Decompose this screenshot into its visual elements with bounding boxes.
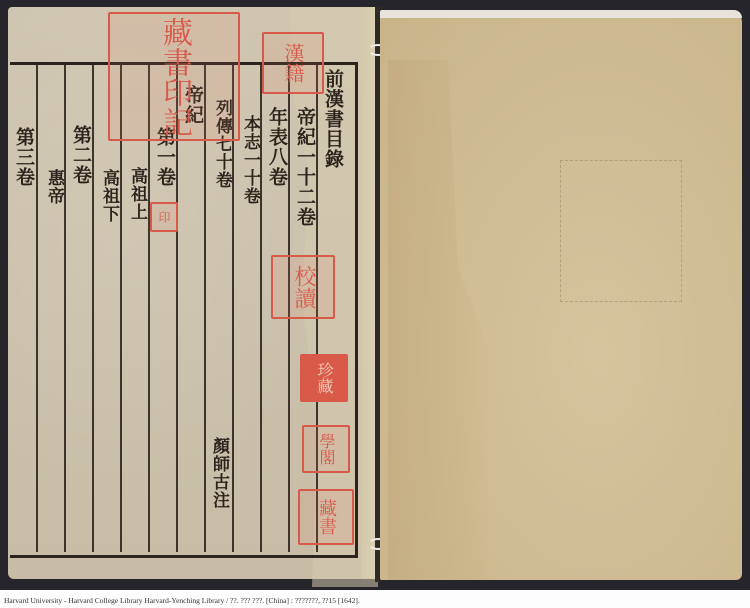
text-column: 高祖下 (98, 169, 120, 223)
column-rule (64, 65, 66, 552)
annotator-credit: 顏師古注 (208, 437, 230, 509)
right-page (380, 10, 742, 580)
title-column: 前漢書目錄 (322, 69, 344, 169)
water-stain (388, 60, 488, 580)
page-top-edge (380, 10, 742, 18)
seal-top-right: 漢籍 (262, 32, 324, 94)
text-column: 第三卷 (13, 127, 35, 187)
text-column: 高祖上 (126, 167, 148, 221)
seal-right-1: 珍藏 (300, 354, 348, 402)
bleed-through-seal (560, 160, 682, 302)
source-caption: Harvard University - Harvard College Lib… (4, 596, 360, 605)
text-column: 惠帝 (43, 169, 65, 205)
seal-small-mid: 印 (150, 202, 178, 232)
column-rule (36, 65, 38, 552)
text-column: 帝紀一十二卷 (294, 107, 316, 227)
seal-large-top: 藏書印記 (108, 12, 240, 141)
text-column: 第二卷 (70, 125, 92, 185)
seal-right-mid: 校讀 (271, 255, 335, 319)
seal-right-3: 藏書 (298, 489, 354, 545)
column-rule (92, 65, 94, 552)
book-scan: 前漢書目錄 帝紀一十二卷 年表八卷 本志一十卷 列傳七十卷 帝紀 第一卷 高祖上… (0, 0, 750, 590)
text-column: 本志一十卷 (239, 115, 261, 205)
text-column: 年表八卷 (266, 107, 288, 187)
left-page: 前漢書目錄 帝紀一十二卷 年表八卷 本志一十卷 列傳七十卷 帝紀 第一卷 高祖上… (8, 7, 376, 579)
seal-right-2: 學閣 (302, 425, 350, 473)
